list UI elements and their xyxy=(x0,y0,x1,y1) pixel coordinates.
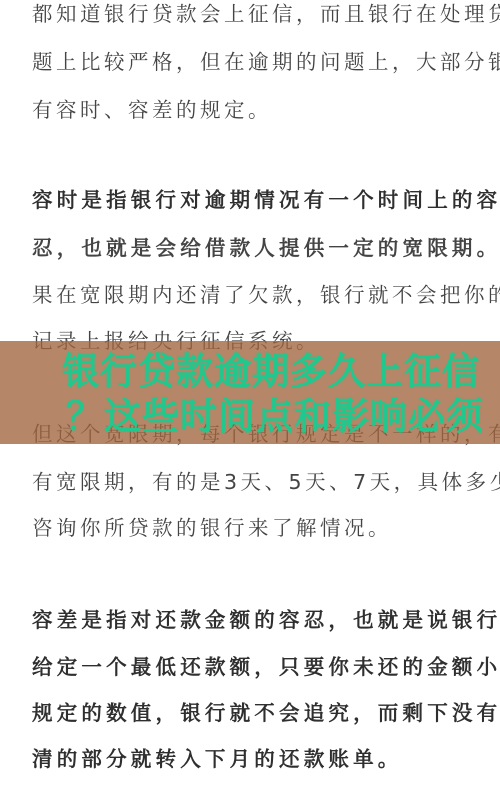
grace-time-bold-text: 忍，也就是会给借款人提供一定的宽限期。 xyxy=(32,236,500,260)
paragraph-grace-amount-line-1: 容差是指对还款金额的容忍，也就是说银行会 xyxy=(32,606,472,634)
paragraph-intro-line-2: 题上比较严格，但在逾期的问题上，大部分银行都 xyxy=(32,48,472,76)
paragraph-grace-amount-line-4: 清的部分就转入下月的还款账单。 xyxy=(32,745,472,773)
paragraph-grace-time-line-3: 果在宽限期内还清了欠款，银行就不会把你的逾期 xyxy=(32,281,472,309)
overlay-title-line-2: ？这些时间点和影响必须 xyxy=(66,395,486,439)
paragraph-intro-line-3: 有容时、容差的规定。 xyxy=(32,96,472,124)
paragraph-detail-line-3: 咨询你所贷款的银行来了解情况。 xyxy=(32,514,472,542)
paragraph-grace-time-line-1: 容时是指银行对逾期情况有一个时间上的容 xyxy=(32,186,472,214)
paragraph-detail-line-2: 有宽限期，有的是3天、5天、7天，具体多少还得 xyxy=(32,468,472,496)
overlay-title-line-1: 银行贷款逾期多久上征信 xyxy=(62,350,482,394)
paragraph-intro-line-1: 都知道银行贷款会上征信，而且银行在处理贷款问 xyxy=(32,0,472,28)
paragraph-grace-amount-line-2: 给定一个最低还款额，只要你未还的金额小于 xyxy=(32,653,472,681)
paragraph-grace-amount-line-3: 规定的数值，银行就不会追究，而剩下没有还 xyxy=(32,699,472,727)
paragraph-grace-time-line-2: 忍，也就是会给借款人提供一定的宽限期。如 xyxy=(32,234,472,262)
